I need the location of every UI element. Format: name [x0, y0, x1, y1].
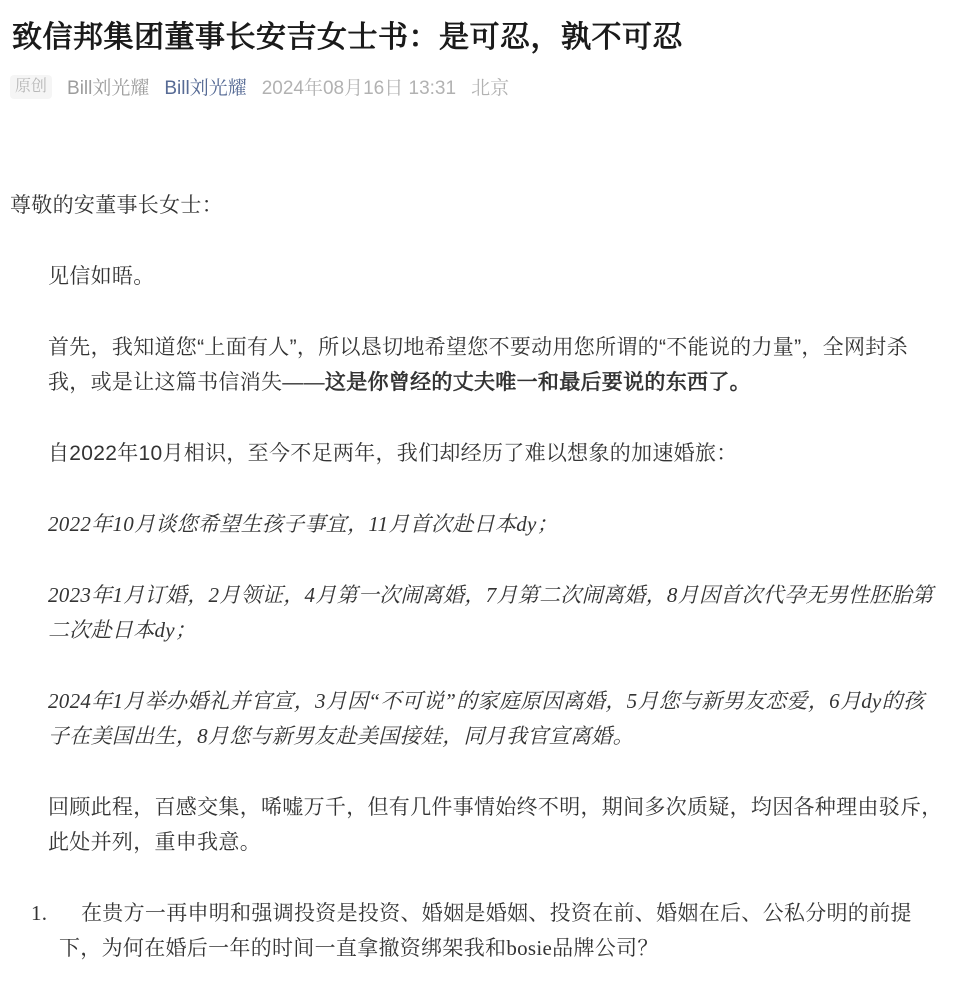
article-meta-bar: 原创 Bill刘光耀 Bill刘光耀 2024年08月16日 13:31 北京 — [10, 73, 946, 100]
brand-name: bosie — [506, 936, 552, 960]
article-page: 致信邦集团董事长安吉女士书：是可忍，孰不可忍 原创 Bill刘光耀 Bill刘光… — [0, 0, 962, 1000]
question-list-item-1: 1.在贵方一再申明和强调投资是投资、婚姻是婚姻、投资在前、婚姻在后、公私分明的前… — [10, 896, 946, 966]
publish-date: 2024年08月16日 13:31 — [262, 73, 456, 100]
timeline-2022-paragraph: 2022年10月谈您希望生孩子事宜，11月首次赴日本dy； — [10, 507, 946, 542]
account-link[interactable]: Bill刘光耀 — [164, 73, 246, 100]
publish-location: 北京 — [471, 73, 509, 100]
opening-bold-text: 这是你曾经的丈夫唯一和最后要说的东西了。 — [325, 371, 751, 394]
timeline-2023-paragraph: 2023年1月订婚，2月领证，4月第一次闹离婚，7月第二次闹离婚，8月因首次代孕… — [10, 578, 946, 648]
intro-paragraph: 自2022年10月相识，至今不足两年，我们却经历了难以想象的加速婚旅： — [10, 436, 946, 471]
letter-body: 尊敬的安董事长女士： 见信如晤。 首先，我知道您“上面有人”，所以恳切地希望您不… — [10, 188, 946, 966]
author-name: Bill刘光耀 — [67, 73, 149, 100]
list-item-text-before: 在贵方一再申明和强调投资是投资、婚姻是婚姻、投资在前、婚姻在后、公私分明的前提下… — [59, 901, 912, 960]
original-badge: 原创 — [10, 75, 52, 99]
list-item-text-after: 品牌公司？ — [552, 936, 659, 960]
summary-paragraph: 回顾此程，百感交集，唏嘘万千，但有几件事情始终不明，期间多次质疑，均因各种理由驳… — [10, 790, 946, 860]
list-item-number: 1. — [31, 896, 47, 931]
opening-paragraph: 首先，我知道您“上面有人”，所以恳切地希望您不要动用您所谓的“不能说的力量”，全… — [10, 330, 946, 400]
salutation: 尊敬的安董事长女士： — [10, 188, 946, 223]
timeline-2024-paragraph: 2024年1月举办婚礼并官宣，3月因“不可说”的家庭原因离婚，5月您与新男友恋爱… — [10, 684, 946, 754]
greeting-paragraph: 见信如晤。 — [10, 259, 946, 294]
article-title: 致信邦集团董事长安吉女士书：是可忍，孰不可忍 — [10, 18, 946, 57]
